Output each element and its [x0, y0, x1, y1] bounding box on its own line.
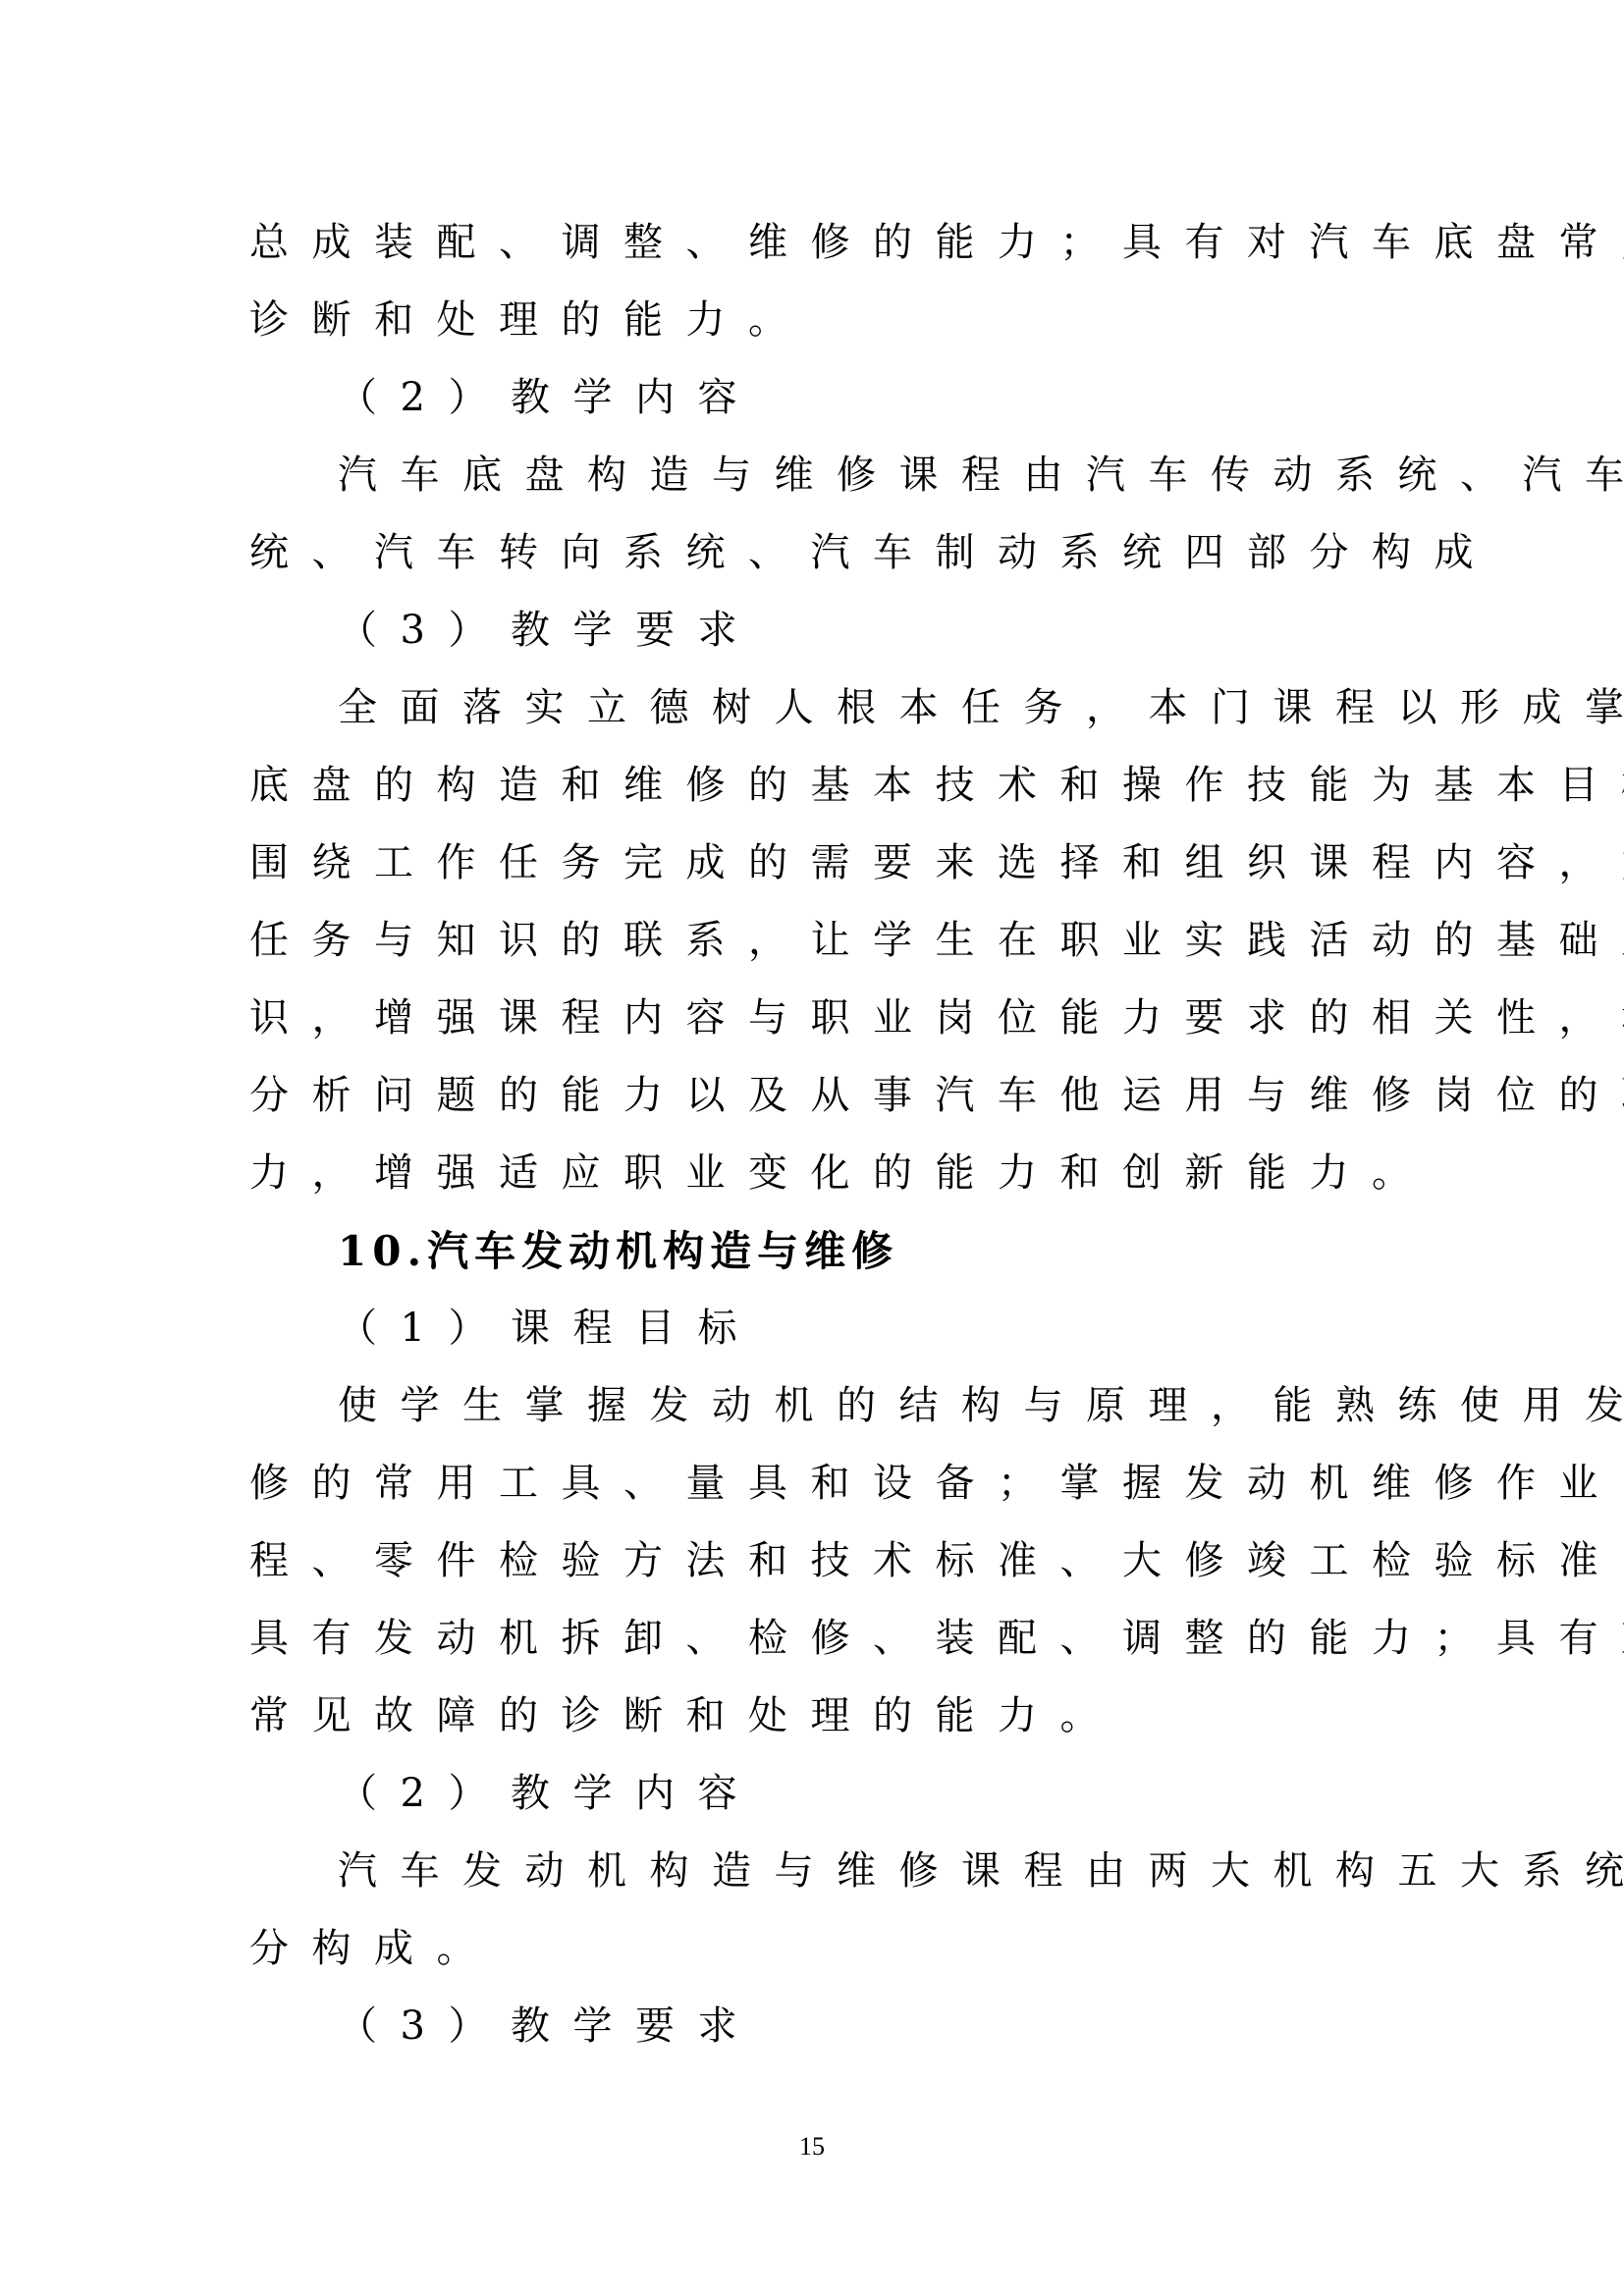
paragraph-line: 常见故障的诊断和处理的能力。 — [249, 1678, 1379, 1755]
paragraph-line: 全面落实立德树人根本任务，本门课程以形成掌握汽车 — [249, 669, 1379, 747]
paragraph-line: 任务与知识的联系，让学生在职业实践活动的基础上掌握知 — [249, 902, 1379, 980]
subheading-teaching-requirements: （3）教学要求 — [249, 1988, 1379, 2065]
paragraph-line: 底盘的构造和维修的基本技术和操作技能为基本目标，紧紧 — [249, 747, 1379, 825]
subheading-teaching-content: （2）教学内容 — [249, 1755, 1379, 1833]
paragraph-line: 使学生掌握发动机的结构与原理，能熟练使用发动机维 — [249, 1367, 1379, 1445]
subheading-teaching-content: （2）教学内容 — [249, 359, 1379, 437]
page-content: 总成装配、调整、维修的能力；具有对汽车底盘常见故障的 诊断和处理的能力。 （2）… — [249, 204, 1379, 2065]
paragraph-line: 总成装配、调整、维修的能力；具有对汽车底盘常见故障的 — [249, 204, 1379, 282]
paragraph-line: 分构成。 — [249, 1910, 1379, 1988]
paragraph-line: 汽车发动机构造与维修课程由两大机构五大系统七部 — [249, 1833, 1379, 1910]
paragraph-line: 程、零件检验方法和技术标准、大修竣工检验标准；使学生 — [249, 1522, 1379, 1600]
paragraph-line: 分析问题的能力以及从事汽车他运用与维修岗位的职业能 — [249, 1057, 1379, 1135]
page-number: 15 — [0, 2132, 1624, 2162]
paragraph-line: 力，增强适应职业变化的能力和创新能力。 — [249, 1135, 1379, 1212]
paragraph-line: 汽车底盘构造与维修课程由汽车传动系统、汽车行驶系 — [249, 437, 1379, 514]
section-heading: 10.汽车发动机构造与维修 — [249, 1212, 1379, 1290]
subheading-course-objectives: （1）课程目标 — [249, 1290, 1379, 1367]
paragraph-line: 围绕工作任务完成的需要来选择和组织课程内容，突出工作 — [249, 825, 1379, 902]
paragraph-line: 具有发动机拆卸、检修、装配、调整的能力；具有对发动机 — [249, 1600, 1379, 1678]
subheading-teaching-requirements: （3）教学要求 — [249, 592, 1379, 669]
paragraph-line: 诊断和处理的能力。 — [249, 282, 1379, 359]
document-page: 总成装配、调整、维修的能力；具有对汽车底盘常见故障的 诊断和处理的能力。 （2）… — [0, 0, 1624, 2296]
paragraph-line: 修的常用工具、量具和设备；掌握发动机维修作业的工艺过 — [249, 1445, 1379, 1522]
paragraph-line: 识，增强课程内容与职业岗位能力要求的相关性，培养学生 — [249, 980, 1379, 1057]
paragraph-line: 统、汽车转向系统、汽车制动系统四部分构成 — [249, 514, 1379, 592]
